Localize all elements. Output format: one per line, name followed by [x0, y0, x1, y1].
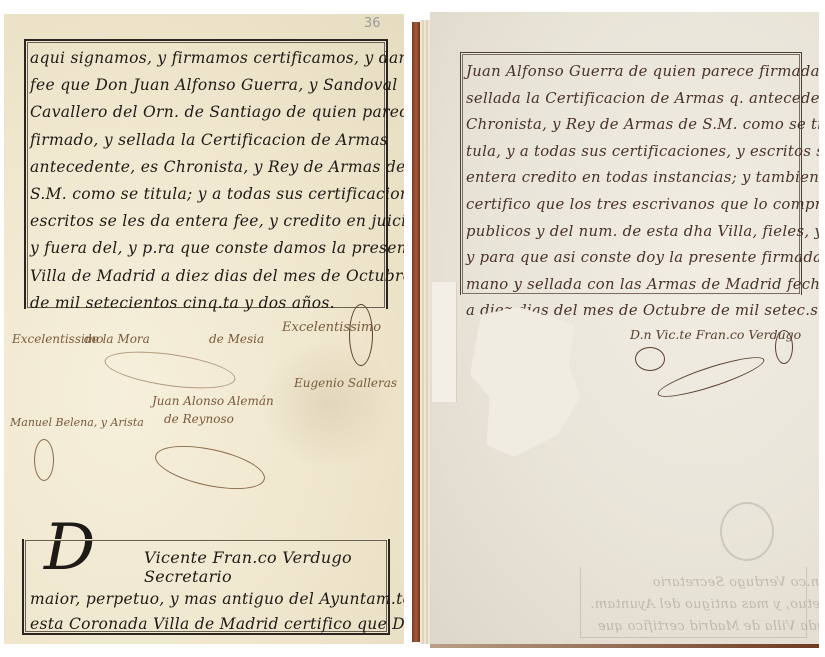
folded-paper-seal [470, 307, 580, 457]
folded-page-strip [432, 282, 457, 402]
signature-flourish [34, 439, 54, 481]
signature: de Mesia [209, 332, 264, 346]
text-line: fee que Don Juan Alfonso Guerra, y Sando… [30, 72, 382, 99]
signature-flourish [775, 330, 793, 364]
upper-text-block: aqui signamos, y firmamos certificamos, … [30, 45, 382, 317]
signature: Manuel Belena, y Arista [10, 416, 144, 429]
text-line: sellada la Certificacion de Armas q. ant… [466, 86, 802, 113]
text-line: y para que asi conste doy la presente fi… [466, 245, 802, 272]
text-line: mano y sellada con las Armas de Madrid f… [466, 272, 802, 299]
signature-flourish [102, 345, 237, 395]
text-line: esta Coronada Villa de Madrid certifico … [590, 616, 819, 638]
text-line: Villa de Madrid a diez dias del mes de O… [30, 263, 382, 290]
text-line: firmado, y sellada la Certificacion de A… [30, 127, 382, 154]
text-line: esta Coronada Villa de Madrid certifico … [30, 612, 382, 637]
right-text-block: Juan Alfonso Guerra de quien parece firm… [466, 59, 802, 325]
text-line: maior, perpetuo, y mas antiguo del Ayunt… [30, 587, 382, 612]
signature: de la Mora [84, 332, 150, 346]
bleed-through-text: Vicente Fran.co Verdugo Secretario maior… [590, 572, 819, 638]
signature-flourish [151, 438, 268, 497]
lower-text-block: maior, perpetuo, y mas antiguo del Ayunt… [30, 587, 382, 637]
text-line: Cavallero del Orn. de Santiago de quien … [30, 99, 382, 126]
leather-spine [412, 22, 420, 642]
signature-flourish [635, 347, 665, 371]
signature: Eugenio Salleras [294, 376, 397, 390]
text-line: Vicente Fran.co Verdugo Secretario [144, 548, 404, 586]
signature-flourish [655, 350, 768, 404]
text-line: antecedente, es Chronista, y Rey de Arma… [30, 154, 382, 181]
text-line: Vicente Fran.co Verdugo Secretario [590, 572, 819, 594]
signature: Juan Alonso Alemán [152, 394, 274, 408]
text-line: maior, perpetuo, y mas antiguo del Ayunt… [590, 594, 819, 616]
water-stain [254, 344, 404, 464]
gutter [404, 0, 412, 657]
cover-edge [430, 644, 819, 648]
text-line: y fuera del, y p.ra que conste damos la … [30, 235, 382, 262]
left-page: 36 aqui signamos, y firmamos certificamo… [4, 14, 405, 644]
right-page: Juan Alfonso Guerra de quien parece firm… [430, 12, 819, 644]
text-line: tula, y a todas sus certificaciones, y e… [466, 139, 802, 166]
text-line: de mil setecientos cinq.ta y dos años. [30, 290, 382, 317]
bleed-through-dropcap [720, 502, 774, 561]
signature-flourish [349, 304, 373, 366]
text-line: entera credito en todas instancias; y ta… [466, 165, 802, 192]
signature: de Reynoso [164, 412, 234, 426]
text-line: Chronista, y Rey de Armas de S.M. como s… [466, 112, 802, 139]
text-line: publicos y del num. de esta dha Villa, f… [466, 219, 802, 246]
text-line: escritos se les da entera fee, y credito… [30, 208, 382, 235]
text-line: Juan Alfonso Guerra de quien parece firm… [466, 59, 802, 86]
folio-number: 36 [364, 16, 381, 31]
text-line: S.M. como se titula; y a todas sus certi… [30, 181, 382, 208]
text-line: certifico que los tres escrivanos que lo… [466, 192, 802, 219]
text-line: aqui signamos, y firmamos certificamos, … [30, 45, 382, 72]
